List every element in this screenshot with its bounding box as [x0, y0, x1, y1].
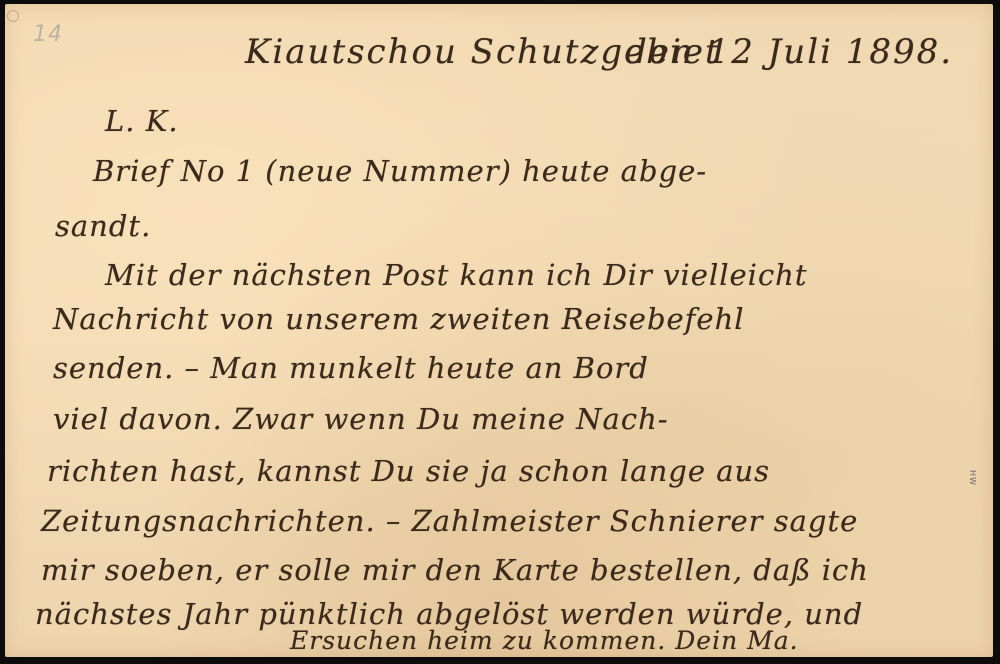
letter-line-7: richten hast, kannst Du sie ja schon lan…	[47, 454, 770, 488]
side-stamp-mark: HW	[968, 470, 977, 486]
heading-date: den 12 Juli 1898.	[625, 32, 953, 72]
archive-pencil-mark: 14	[33, 22, 63, 47]
letter-line-11-closing: Ersuchen heim zu kommen. Dein Ma.	[290, 626, 799, 655]
letter-line-3: Mit der nächsten Post kann ich Dir viell…	[105, 258, 808, 292]
letter-line-4: Nachricht von unserem zweiten Reisebefeh…	[53, 302, 745, 336]
letter-line-9: mir soeben, er solle mir den Karte beste…	[41, 553, 869, 587]
letter-line-2: sandt.	[55, 209, 151, 243]
corner-stain	[7, 10, 19, 22]
letter-line-1: Brief No 1 (neue Nummer) heute abge-	[93, 154, 707, 188]
letter-line-6: viel davon. Zwar wenn Du meine Nach-	[53, 402, 669, 436]
letter-line-5: senden. – Man munkelt heute an Bord	[53, 351, 649, 385]
scan-background: 14 Kiautschou Schutzgebiet den 12 Juli 1…	[0, 0, 1000, 664]
letter-line-8: Zeitungsnachrichten. – Zahlmeister Schni…	[41, 504, 858, 538]
salutation: L. K.	[105, 104, 179, 138]
postcard: 14 Kiautschou Schutzgebiet den 12 Juli 1…	[5, 4, 993, 657]
